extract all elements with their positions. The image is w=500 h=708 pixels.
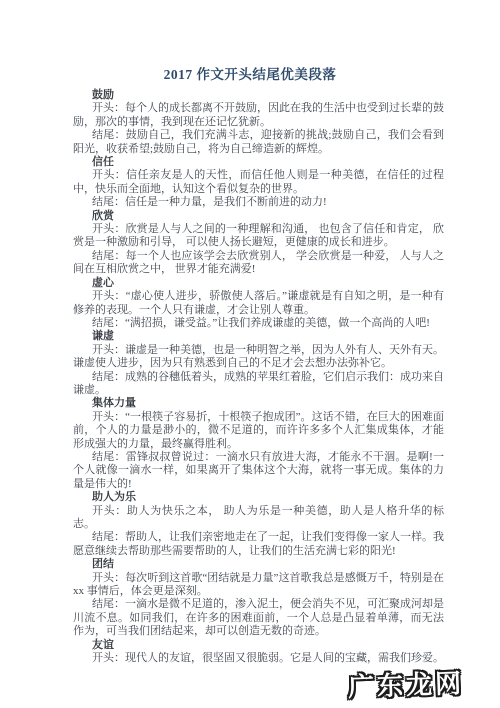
paragraph: 结尾：成熟的谷穗低着头，成熟的苹果红着脸，它们启示我们：成功来自谦虚。: [73, 371, 444, 398]
section-heading: 友谊: [73, 639, 444, 652]
paragraph: 结尾：一滴水是微不足道的，渗入泥土，便会消失不见，可汇聚成河却是川流不息。如同我…: [73, 598, 444, 638]
section-heading: 集体力量: [73, 397, 444, 410]
section-heading: 信任: [73, 156, 444, 169]
section-heading: 虚心: [73, 277, 444, 290]
paragraph: 结尾：信任是一种力量，是我们不断前进的动力!: [73, 196, 444, 209]
paragraph: 结尾：雷锋叔叔曾说过：一滴水只有放进大海，才能永不干涸。是啊!一个人就像一滴水一…: [73, 451, 444, 491]
section-heading: 鼓励: [73, 89, 444, 102]
document-body: 鼓励开头：每个人的成长都离不开鼓励，因此在我的生活中也受到过长辈的鼓励，那次的事…: [73, 89, 444, 665]
document-page: 2017 作文开头结尾优美段落 鼓励开头：每个人的成长都离不开鼓励，因此在我的生…: [0, 0, 500, 708]
paragraph: 开头：助人为快乐之本， 助人为乐是一种美德，助人是人格升华的标志。: [73, 505, 444, 532]
section-heading: 谦虚: [73, 330, 444, 343]
section-heading: 助人为乐: [73, 491, 444, 504]
paragraph: 开头：“虚心使人进步，骄傲使人落后。”谦虚就是有自知之明，是一种有修养的表现。一…: [73, 290, 444, 317]
paragraph: 结尾：“满招损，谦受益。”让我们养成谦虚的美德，做一个高尚的人吧!: [73, 317, 444, 330]
section-heading: 团结: [73, 558, 444, 571]
watermark: 广东龙网: [347, 663, 464, 704]
paragraph: 开头：现代人的友谊，很坚固又很脆弱。它是人间的宝藏，需我们珍爱。: [73, 652, 444, 665]
paragraph: 开头：欣赏是人与人之间的一种理解和沟通， 也包含了信任和肯定， 欣赏是一种激励和…: [73, 223, 444, 250]
section-heading: 欣赏: [73, 210, 444, 223]
paragraph: 开头：谦虚是一种美德，也是一种明智之举，因为人外有人、天外有天。谦虚使人进步，因…: [73, 344, 444, 371]
paragraph: 结尾：帮助人，让我们亲密地走在了一起，让我们变得像一家人一样。我愿意继续去帮助那…: [73, 531, 444, 558]
page-title: 2017 作文开头结尾优美段落: [0, 63, 500, 83]
paragraph: 开头：“一根筷子容易折，十根筷子抱成团”。这话不错，在巨大的困难面前，个人的力量…: [73, 411, 444, 451]
paragraph: 结尾：鼓励自己，我们充满斗志，迎接新的挑战;鼓励自己，我们会看到阳光，收获希望;…: [73, 129, 444, 156]
paragraph: 开头：每次听到这首歌“团结就是力量”这首歌我总是感慨万千，特别是在 xx 事情后…: [73, 572, 444, 599]
paragraph: 开头：每个人的成长都离不开鼓励，因此在我的生活中也受到过长辈的鼓励，那次的事情，…: [73, 102, 444, 129]
paragraph: 开头：信任亲友是人的天性，而信任他人则是一种美德，在信任的过程中，快乐而全面地，…: [73, 169, 444, 196]
paragraph: 结尾：每一个人也应该学会去欣赏别人， 学会欣赏是一种爱， 人与人之间在互相欣赏之…: [73, 250, 444, 277]
